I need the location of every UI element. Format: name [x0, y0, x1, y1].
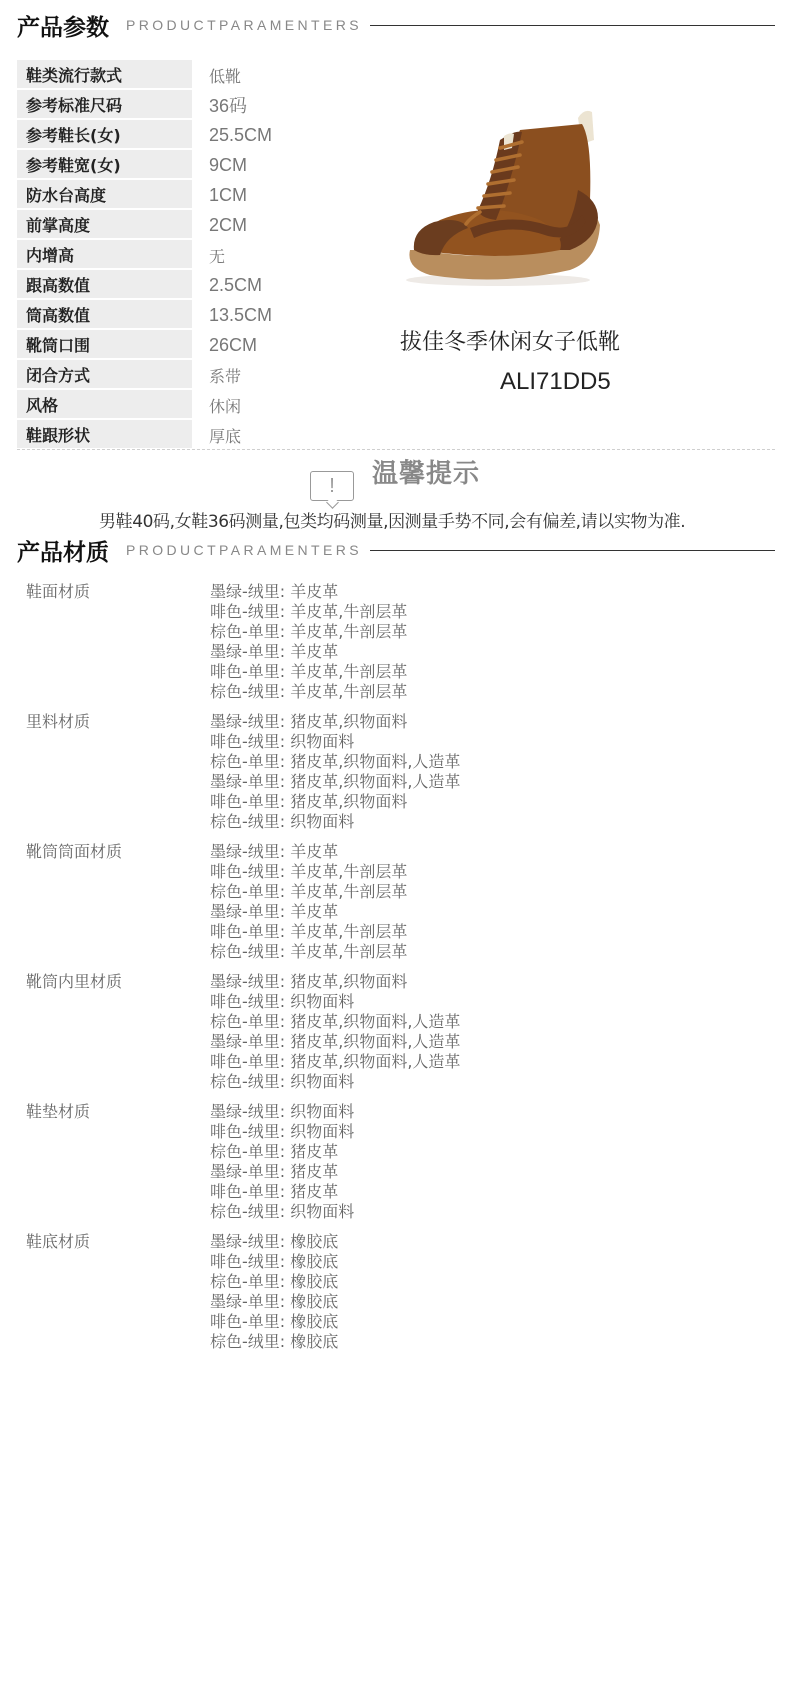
material-line: 啡色-单里: 橡胶底: [210, 1312, 338, 1332]
param-label: 靴筒口围: [17, 330, 192, 358]
materials-section-subtitle: PRODUCTPARAMENTERS: [126, 542, 362, 558]
material-line: 啡色-单里: 羊皮革,牛剖层革: [210, 922, 407, 942]
param-row: 鞋跟形状厚底: [17, 420, 357, 450]
params-section-header: 产品参数 PRODUCTPARAMENTERS: [17, 5, 775, 45]
param-label: 跟高数值: [17, 270, 192, 298]
material-line: 棕色-绒里: 织物面料: [210, 1072, 460, 1092]
param-label: 筒高数值: [17, 300, 192, 328]
material-line: 啡色-单里: 猪皮革,织物面料,人造革: [210, 1052, 460, 1072]
material-line: 啡色-单里: 羊皮革,牛剖层革: [210, 662, 407, 682]
material-line: 棕色-单里: 羊皮革,牛剖层革: [210, 622, 407, 642]
material-line: 墨绿-单里: 猪皮革,织物面料,人造革: [210, 772, 460, 792]
materials-list: 鞋面材质 墨绿-绒里: 羊皮革 啡色-绒里: 羊皮革,牛剖层革 棕色-单里: 羊…: [17, 582, 777, 1362]
material-line: 墨绿-绒里: 橡胶底: [210, 1232, 338, 1252]
material-line: 棕色-绒里: 羊皮革,牛剖层革: [210, 942, 407, 962]
param-row: 鞋类流行款式低靴: [17, 60, 357, 90]
material-group: 鞋底材质 墨绿-绒里: 橡胶底 啡色-绒里: 橡胶底 棕色-单里: 橡胶底 墨绿…: [17, 1232, 777, 1352]
material-line: 墨绿-绒里: 羊皮革: [210, 842, 407, 862]
material-line: 棕色-绒里: 织物面料: [210, 1202, 354, 1222]
param-value: 26CM: [192, 330, 257, 360]
param-value: 1CM: [192, 180, 247, 210]
material-group: 靴筒筒面材质 墨绿-绒里: 羊皮革 啡色-绒里: 羊皮革,牛剖层革 棕色-单里:…: [17, 842, 777, 962]
param-label: 防水台高度: [17, 180, 192, 208]
param-label: 参考鞋长(女): [17, 120, 192, 148]
param-label: 参考标准尺码: [17, 90, 192, 118]
param-row: 风格休闲: [17, 390, 357, 420]
material-line: 墨绿-单里: 猪皮革,织物面料,人造革: [210, 1032, 460, 1052]
product-code: ALI71DD5: [500, 368, 611, 396]
notice-title: 温馨提示: [372, 453, 480, 490]
section-rule: [370, 25, 775, 26]
param-value: 厚底: [192, 420, 241, 450]
param-label: 内增高: [17, 240, 192, 268]
material-line: 啡色-绒里: 羊皮革,牛剖层革: [210, 602, 407, 622]
param-value: 25.5CM: [192, 120, 272, 150]
param-value: 9CM: [192, 150, 247, 180]
material-line: 墨绿-绒里: 猪皮革,织物面料: [210, 712, 460, 732]
material-label: 鞋面材质: [17, 582, 210, 702]
material-line: 墨绿-单里: 橡胶底: [210, 1292, 338, 1312]
material-line: 啡色-单里: 猪皮革: [210, 1182, 354, 1202]
material-line: 啡色-单里: 猪皮革,织物面料: [210, 792, 460, 812]
param-value: 低靴: [192, 60, 241, 90]
param-value: 2.5CM: [192, 270, 262, 300]
param-row: 参考鞋宽(女)9CM: [17, 150, 357, 180]
product-name: 拔佳冬季休闲女子低靴: [400, 325, 620, 356]
material-line: 啡色-绒里: 羊皮革,牛剖层革: [210, 862, 407, 882]
param-label: 鞋类流行款式: [17, 60, 192, 88]
material-group: 靴筒内里材质 墨绿-绒里: 猪皮革,织物面料 啡色-绒里: 织物面料 棕色-单里…: [17, 972, 777, 1092]
param-label: 风格: [17, 390, 192, 418]
material-line: 棕色-单里: 橡胶底: [210, 1272, 338, 1292]
param-row: 前掌高度2CM: [17, 210, 357, 240]
material-line: 啡色-绒里: 织物面料: [210, 1122, 354, 1142]
material-line: 棕色-绒里: 羊皮革,牛剖层革: [210, 682, 407, 702]
param-row: 筒高数值13.5CM: [17, 300, 357, 330]
material-line: 棕色-绒里: 织物面料: [210, 812, 460, 832]
materials-section-header: 产品材质 PRODUCTPARAMENTERS: [17, 530, 775, 570]
material-line: 墨绿-单里: 猪皮革: [210, 1162, 354, 1182]
param-value: 无: [192, 240, 225, 270]
param-value: 2CM: [192, 210, 247, 240]
dashed-divider: [17, 449, 775, 450]
param-value: 36码: [192, 90, 247, 120]
param-value: 系带: [192, 360, 241, 390]
material-group: 里料材质 墨绿-绒里: 猪皮革,织物面料 啡色-绒里: 织物面料 棕色-单里: …: [17, 712, 777, 832]
product-card: 拔佳冬季休闲女子低靴 ALI71DD5: [380, 100, 640, 295]
params-section-subtitle: PRODUCTPARAMENTERS: [126, 17, 362, 33]
material-group: 鞋面材质 墨绿-绒里: 羊皮革 啡色-绒里: 羊皮革,牛剖层革 棕色-单里: 羊…: [17, 582, 777, 702]
material-label: 鞋垫材质: [17, 1102, 210, 1222]
material-label: 靴筒内里材质: [17, 972, 210, 1092]
materials-section-title: 产品材质: [17, 534, 109, 567]
param-row: 跟高数值2.5CM: [17, 270, 357, 300]
material-label: 里料材质: [17, 712, 210, 832]
material-line: 墨绿-绒里: 织物面料: [210, 1102, 354, 1122]
param-row: 靴筒口围26CM: [17, 330, 357, 360]
material-line: 墨绿-绒里: 猪皮革,织物面料: [210, 972, 460, 992]
param-value: 13.5CM: [192, 300, 272, 330]
params-table: 鞋类流行款式低靴 参考标准尺码36码 参考鞋长(女)25.5CM 参考鞋宽(女)…: [17, 60, 357, 450]
param-label: 参考鞋宽(女): [17, 150, 192, 178]
material-line: 啡色-绒里: 织物面料: [210, 992, 460, 1012]
material-line: 啡色-绒里: 橡胶底: [210, 1252, 338, 1272]
material-line: 棕色-绒里: 橡胶底: [210, 1332, 338, 1352]
param-label: 前掌高度: [17, 210, 192, 238]
param-row: 参考鞋长(女)25.5CM: [17, 120, 357, 150]
material-group: 鞋垫材质 墨绿-绒里: 织物面料 啡色-绒里: 织物面料 棕色-单里: 猪皮革 …: [17, 1102, 777, 1222]
product-image: [400, 100, 620, 295]
exclamation-bubble-icon: !: [310, 471, 354, 501]
param-row: 内增高无: [17, 240, 357, 270]
param-label: 闭合方式: [17, 360, 192, 388]
material-line: 墨绿-单里: 羊皮革: [210, 902, 407, 922]
param-row: 防水台高度1CM: [17, 180, 357, 210]
material-line: 啡色-绒里: 织物面料: [210, 732, 460, 752]
param-value: 休闲: [192, 390, 241, 420]
material-line: 棕色-单里: 猪皮革: [210, 1142, 354, 1162]
notice-block: ! 温馨提示 男鞋40码,女鞋36码测量,包类均码测量,因测量手势不同,会有偏差…: [0, 453, 790, 533]
material-label: 靴筒筒面材质: [17, 842, 210, 962]
param-label: 鞋跟形状: [17, 420, 192, 448]
params-section-title: 产品参数: [17, 9, 109, 42]
section-rule: [370, 550, 775, 551]
material-line: 棕色-单里: 猪皮革,织物面料,人造革: [210, 752, 460, 772]
notice-text: 男鞋40码,女鞋36码测量,包类均码测量,因测量手势不同,会有偏差,请以实物为准…: [99, 507, 685, 532]
material-label: 鞋底材质: [17, 1232, 210, 1352]
param-row: 闭合方式系带: [17, 360, 357, 390]
param-row: 参考标准尺码36码: [17, 90, 357, 120]
material-line: 棕色-单里: 猪皮革,织物面料,人造革: [210, 1012, 460, 1032]
material-line: 墨绿-绒里: 羊皮革: [210, 582, 407, 602]
material-line: 棕色-单里: 羊皮革,牛剖层革: [210, 882, 407, 902]
boot-icon: [400, 100, 620, 295]
material-line: 墨绿-单里: 羊皮革: [210, 642, 407, 662]
